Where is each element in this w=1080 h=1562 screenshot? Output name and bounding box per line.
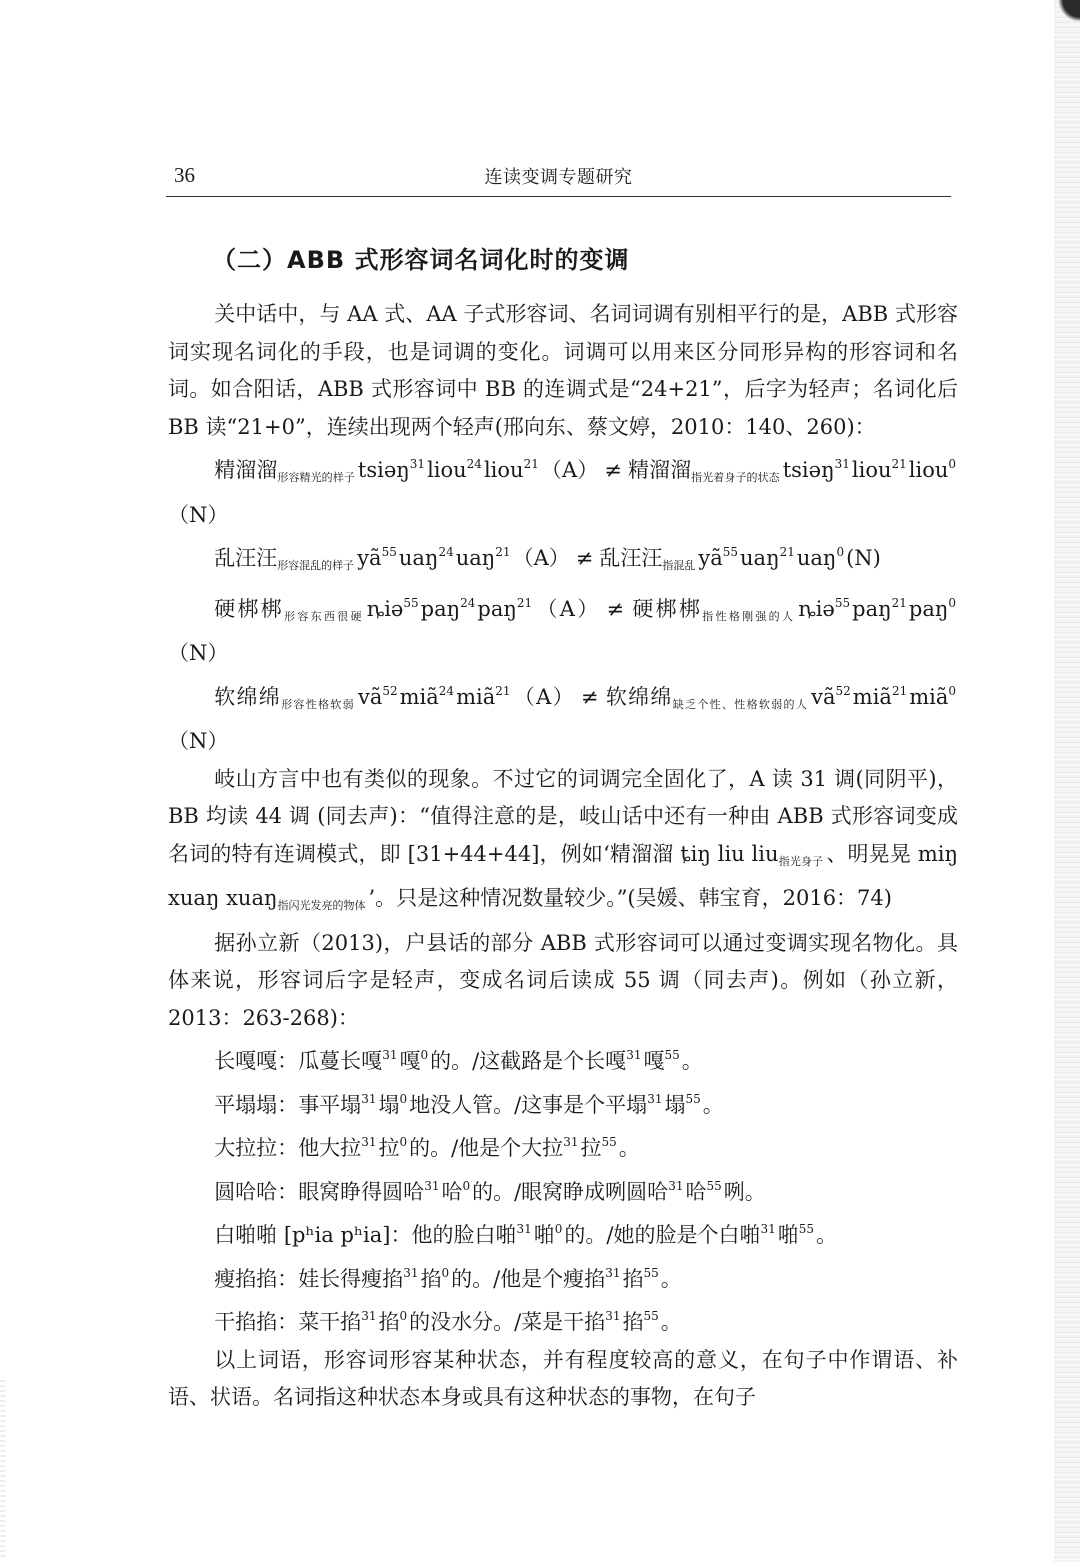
not-equal-sign: ≠: [607, 597, 625, 621]
tone-number: 0: [948, 684, 956, 698]
ipa-syllable: liou: [852, 458, 892, 482]
example-text: 嘎: [399, 1049, 420, 1073]
example-text: 。: [661, 1267, 682, 1291]
paragraph-intro: 关中话中，与 AA 式、AA 子式形容词、名词词调有别相平行的是，ABB 式形容…: [168, 296, 958, 446]
example-text: 的。/他是个大拉: [409, 1136, 563, 1160]
heyang-example: 精溜溜形容精光的样子tsiəŋ31liou24liou21（A）≠精溜溜指光着身…: [168, 446, 958, 534]
example-text: 掐: [420, 1267, 441, 1291]
word-adjective: 精溜溜: [214, 458, 277, 482]
ipa-syllable: miã: [456, 685, 495, 709]
ipa-syllable: tsiəŋ: [783, 458, 835, 482]
tone-number: 31: [626, 1048, 641, 1062]
example-text: 哈: [685, 1180, 706, 1204]
huxian-example-list: 长嘎嘎：瓜蔓长嘎31嘎0的。/这截路是个长嘎31嘎55。平塌塌：事平塌31塌0地…: [168, 1037, 958, 1342]
tone-number: 0: [441, 1266, 449, 1280]
ipa-syllable: liou: [427, 458, 467, 482]
tone-number: 21: [495, 545, 510, 559]
word-noun: 硬梆梆: [630, 597, 702, 621]
heyang-example: 软绵绵形容性格软弱vã52miã24miã21（A）≠软绵绵缺乏个性、性格软弱的…: [168, 673, 958, 761]
gloss: 缺乏个性、性格软弱的人: [673, 698, 808, 711]
example-text: 。: [661, 1310, 682, 1334]
section-heading: （二）ABB 式形容词名词化时的变调: [212, 240, 630, 275]
gloss: 指闪光发亮的物体: [278, 899, 366, 912]
example-text: 事平塌: [298, 1093, 361, 1117]
gloss: 形容精光的样子: [277, 471, 354, 484]
pos-tag: （A）: [534, 597, 600, 621]
example-text: 眼窝睁得圆哈: [298, 1180, 424, 1204]
example-text: 他大拉: [298, 1136, 361, 1160]
tone-number: 55: [403, 596, 418, 610]
ipa-syllable: tsiəŋ: [358, 458, 410, 482]
tone-number: 0: [948, 596, 956, 610]
running-head: 36 连读变调专题研究: [166, 163, 951, 193]
tone-number: 0: [836, 545, 844, 559]
pos-tag: （N）: [168, 641, 228, 665]
tone-number: 31: [760, 1222, 775, 1236]
header-rule: [166, 196, 951, 197]
example-headword: 大拉拉：: [214, 1136, 298, 1160]
not-equal-sign: ≠: [576, 546, 594, 570]
word-noun: 乱汪汪: [599, 546, 662, 570]
running-head-title: 连读变调专题研究: [166, 163, 951, 189]
example-text: 瓜蔓长嘎: [298, 1049, 382, 1073]
tone-number: 21: [524, 457, 539, 471]
gloss: 指性格刚强的人: [702, 610, 795, 623]
word-adjective: 乱汪汪: [214, 546, 277, 570]
example-headword: 白啪啪 [pʰia pʰia]：: [214, 1223, 411, 1247]
example-text: 嘎: [643, 1049, 664, 1073]
example-text: 掐: [622, 1310, 643, 1334]
example-text: 他的脸白啪: [411, 1223, 516, 1247]
huxian-example: 白啪啪 [pʰia pʰia]：他的脸白啪31啪0的。/她的脸是个白啪31啪55…: [168, 1211, 958, 1255]
tone-number: 0: [399, 1309, 407, 1323]
heyang-example-list: 精溜溜形容精光的样子tsiəŋ31liou24liou21（A）≠精溜溜指光着身…: [168, 446, 958, 761]
tone-number: 52: [836, 684, 851, 698]
pos-tag: （A）: [513, 546, 570, 570]
example-text: 。: [816, 1223, 837, 1247]
huxian-example: 干掐掐：菜干掐31掐0的没水分。/菜是干掐31掐55。: [168, 1298, 958, 1342]
ipa-syllable: miã: [909, 685, 948, 709]
tone-number: 0: [420, 1048, 428, 1062]
example-text: 拉: [378, 1136, 399, 1160]
tone-number: 55: [664, 1048, 679, 1062]
word-noun: 精溜溜: [628, 458, 691, 482]
tone-number: 0: [462, 1179, 470, 1193]
pos-tag: （N）: [168, 729, 228, 753]
example-text: 。: [703, 1093, 724, 1117]
scan-edge-shadow: [1054, 0, 1080, 1562]
not-equal-sign: ≠: [581, 685, 599, 709]
tone-number: 55: [382, 545, 397, 559]
paragraph-qishan: 岐山方言中也有类似的现象。不过它的词调完全固化了，A 读 31 调(同阴平)，B…: [168, 761, 958, 925]
example-text: 菜干掐: [298, 1310, 361, 1334]
tone-number: 31: [361, 1135, 376, 1149]
tone-number: 31: [835, 457, 850, 471]
ipa-syllable: uaŋ: [456, 546, 496, 570]
tone-number: 31: [563, 1135, 578, 1149]
tone-number: 31: [424, 1179, 439, 1193]
tone-number: 55: [835, 596, 850, 610]
gloss: 指混乱: [662, 559, 695, 572]
tone-number: 31: [382, 1048, 397, 1062]
tone-number: 21: [517, 596, 532, 610]
gloss: 形容东西很硬: [284, 610, 364, 623]
example-text: 哈: [441, 1180, 462, 1204]
huxian-example: 平塌塌：事平塌31塌0地没人管。/这事是个平塌31塌55。: [168, 1081, 958, 1125]
scan-edge-left: [0, 1380, 6, 1560]
example-headword: 长嘎嘎：: [214, 1049, 298, 1073]
tone-number: 0: [399, 1092, 407, 1106]
example-text: 掐: [378, 1310, 399, 1334]
example-text: 的。/他是个瘦掐: [451, 1267, 605, 1291]
not-equal-sign: ≠: [604, 458, 622, 482]
tone-number: 31: [361, 1092, 376, 1106]
ipa-syllable: vã: [358, 685, 382, 709]
scan-corner-shadow: [1058, 0, 1080, 22]
ipa-syllable: paŋ: [421, 597, 461, 621]
example-text: 的。/她的脸是个白啪: [564, 1223, 760, 1247]
ipa-syllable: uaŋ: [797, 546, 837, 570]
example-text: 塌: [664, 1093, 685, 1117]
paragraph-huxian: 据孙立新（2013)，户县话的部分 ABB 式形容词可以通过变调实现名物化。具体…: [168, 925, 958, 1038]
ipa-syllable: ȵiə: [367, 597, 404, 621]
example-text: 啪: [778, 1223, 799, 1247]
example-text: 地没人管。/这事是个平塌: [409, 1093, 647, 1117]
tone-number: 55: [601, 1135, 616, 1149]
body-text: 关中话中，与 AA 式、AA 子式形容词、名词词调有别相平行的是，ABB 式形容…: [168, 296, 958, 1417]
huxian-example: 圆哈哈：眼窝睁得圆哈31哈0的。/眼窝睁成咧圆哈31哈55咧。: [168, 1168, 958, 1212]
tone-number: 21: [892, 457, 907, 471]
tone-number: 0: [555, 1222, 563, 1236]
example-headword: 圆哈哈：: [214, 1180, 298, 1204]
tone-number: 31: [403, 1266, 418, 1280]
tone-number: 31: [410, 457, 425, 471]
ipa-syllable: yã: [698, 546, 722, 570]
tone-number: 55: [706, 1179, 721, 1193]
ipa-syllable: paŋ: [477, 597, 517, 621]
ipa-syllable: uaŋ: [399, 546, 439, 570]
example-headword: 平塌塌：: [214, 1093, 298, 1117]
tone-number: 52: [382, 684, 397, 698]
ipa-syllable: vã: [811, 685, 835, 709]
tone-number: 24: [460, 596, 475, 610]
huxian-example: 长嘎嘎：瓜蔓长嘎31嘎0的。/这截路是个长嘎31嘎55。: [168, 1037, 958, 1081]
word-adjective: 软绵绵: [214, 685, 281, 709]
tone-number: 21: [780, 545, 795, 559]
tone-number: 55: [723, 545, 738, 559]
ipa-syllable: miã: [853, 685, 892, 709]
example-text: 咧。: [724, 1180, 766, 1204]
tone-number: 21: [495, 684, 510, 698]
example-text: 的。/眼窝睁成咧圆哈: [472, 1180, 668, 1204]
gloss: 形容性格软弱: [281, 698, 355, 711]
gloss: 形容混乱的样子: [277, 559, 354, 572]
ipa-syllable: liou: [909, 458, 949, 482]
qishan-text-3: ’。只是这种情况数量较少。”(吴媛、韩宝育，2016：74): [369, 886, 892, 910]
example-text: 的。/这截路是个长嘎: [430, 1049, 626, 1073]
gloss: 指光身子: [778, 855, 823, 868]
tone-number: 55: [799, 1222, 814, 1236]
tone-number: 31: [647, 1092, 662, 1106]
example-headword: 瘦掐掐：: [214, 1267, 298, 1291]
pos-tag: (N): [846, 546, 881, 570]
example-text: 的没水分。/菜是干掐: [409, 1310, 605, 1334]
tone-number: 31: [605, 1309, 620, 1323]
pos-tag: （A）: [541, 458, 598, 482]
ipa-syllable: ȵiə: [798, 597, 835, 621]
tone-number: 24: [467, 457, 482, 471]
example-text: 塌: [378, 1093, 399, 1117]
ipa-syllable: liou: [484, 458, 524, 482]
example-text: 拉: [580, 1136, 601, 1160]
example-text: 啪: [534, 1223, 555, 1247]
tone-number: 31: [668, 1179, 683, 1193]
example-text: 掐: [622, 1267, 643, 1291]
heyang-example: 硬梆梆形容东西很硬ȵiə55paŋ24paŋ21（A）≠硬梆梆指性格刚强的人ȵi…: [168, 585, 958, 673]
ipa-syllable: miã: [400, 685, 439, 709]
ipa-syllable: yã: [357, 546, 381, 570]
word-adjective: 硬梆梆: [214, 597, 284, 621]
tone-number: 55: [685, 1092, 700, 1106]
example-text: 娃长得瘦掐: [298, 1267, 403, 1291]
example-headword: 干掐掐：: [214, 1310, 298, 1334]
tone-number: 31: [516, 1222, 531, 1236]
gloss: 指光着身子的状态: [691, 471, 780, 484]
example-text: 。: [619, 1136, 640, 1160]
ipa-syllable: paŋ: [909, 597, 949, 621]
tone-number: 21: [892, 684, 907, 698]
pos-tag: （A）: [513, 685, 575, 709]
tone-number: 55: [643, 1266, 658, 1280]
pos-tag: （N）: [168, 503, 228, 527]
paragraph-conclusion: 以上词语，形容词形容某种状态，并有程度较高的意义，在句子中作谓语、补语、状语。名…: [168, 1342, 958, 1417]
tone-number: 24: [439, 684, 454, 698]
tone-number: 31: [361, 1309, 376, 1323]
huxian-example: 大拉拉：他大拉31拉0的。/他是个大拉31拉55。: [168, 1124, 958, 1168]
tone-number: 24: [438, 545, 453, 559]
word-noun: 软绵绵: [605, 685, 673, 709]
heyang-example: 乱汪汪形容混乱的样子yã55uaŋ24uaŋ21（A）≠乱汪汪指混乱yã55ua…: [168, 534, 958, 585]
huxian-example: 瘦掐掐：娃长得瘦掐31掐0的。/他是个瘦掐31掐55。: [168, 1255, 958, 1299]
example-text: 。: [682, 1049, 703, 1073]
ipa-syllable: paŋ: [852, 597, 892, 621]
ipa-syllable: uaŋ: [740, 546, 780, 570]
tone-number: 0: [399, 1135, 407, 1149]
tone-number: 31: [605, 1266, 620, 1280]
tone-number: 55: [643, 1309, 658, 1323]
tone-number: 21: [892, 596, 907, 610]
tone-number: 0: [948, 457, 956, 471]
